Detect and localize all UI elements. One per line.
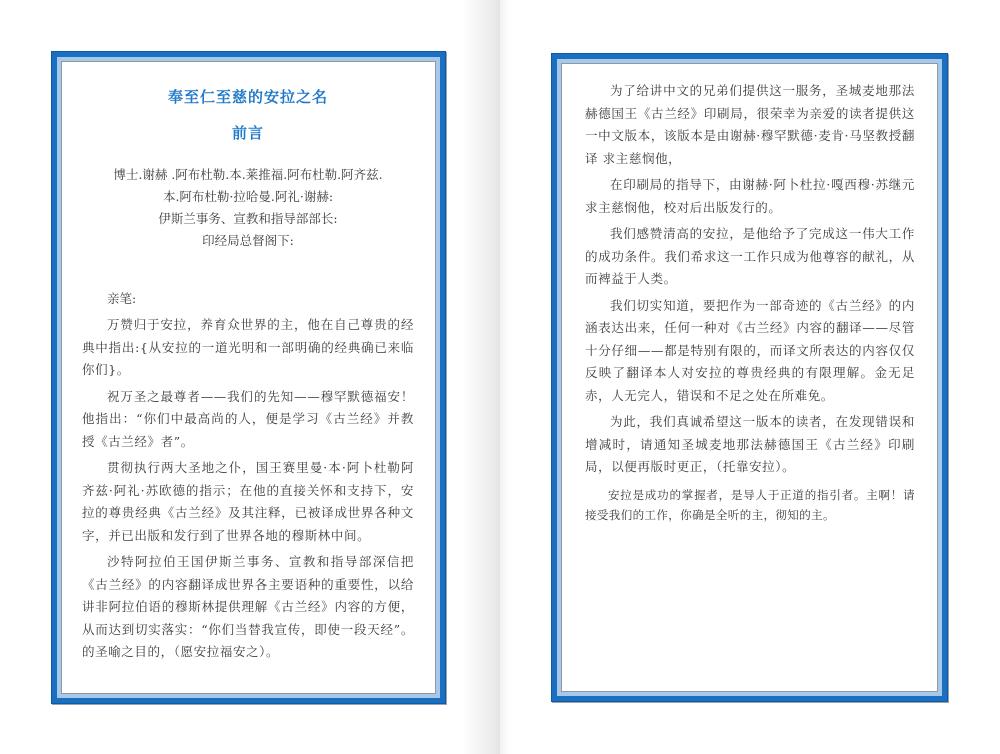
paragraph: 为此，我们真诚希望这一版本的读者，在发现错误和增减时，请通知圣城麦地那法赫德国王… bbox=[585, 411, 915, 479]
addressee-block: 博士.谢赫 .阿布杜勒.本.莱推福.阿布杜勒.阿齐兹. 本.阿布杜勒·拉哈曼.阿… bbox=[82, 164, 414, 252]
left-page-content: 奉至仁至慈的安拉之名 前言 博士.谢赫 .阿布杜勒.本.莱推福.阿布杜勒.阿齐兹… bbox=[82, 82, 414, 664]
book-gutter-shadow bbox=[462, 0, 500, 754]
address-line: 印经局总督阁下: bbox=[82, 230, 414, 252]
section-heading-preface: 前言 bbox=[82, 122, 414, 144]
paragraph: 万赞归于安拉，养育众世界的主，他在自己尊贵的经典中指出:{从安拉的一道光明和一部… bbox=[82, 314, 414, 382]
paragraph: 沙特阿拉伯王国伊斯兰事务、宣教和指导部深信把《古兰经》的内容翻译成世界各主要语种… bbox=[82, 551, 414, 664]
address-line: 博士.谢赫 .阿布杜勒.本.莱推福.阿布杜勒.阿齐兹. bbox=[82, 164, 414, 186]
paragraph: 贯彻执行两大圣地之仆，国王赛里曼·本·阿卜杜勒阿齐兹·阿礼·苏欧德的指示；在他的… bbox=[82, 457, 414, 547]
book-gutter-shadow-right bbox=[500, 0, 510, 754]
address-line: 伊斯兰事务、宣教和指导部部长: bbox=[82, 208, 414, 230]
paragraph: 祝万圣之最尊者——我们的先知——穆罕默德福安！他指出：“你们中最高尚的人，便是学… bbox=[82, 386, 414, 454]
paragraph: 我们感赞清高的安拉，是他给予了完成这一伟大工作的成功条件。我们希求这一工作只成为… bbox=[585, 223, 915, 291]
right-page-content: 为了给讲中文的兄弟们提供这一服务，圣城麦地那法赫德国王《古兰经》印刷局，很荣幸为… bbox=[585, 80, 915, 525]
paragraph: 我们切实知道，要把作为一部奇迹的《古兰经》的内涵表达出来，任何一种对《古兰经》内… bbox=[585, 295, 915, 408]
paragraph: 为了给讲中文的兄弟们提供这一服务，圣城麦地那法赫德国王《古兰经》印刷局，很荣幸为… bbox=[585, 80, 915, 170]
paragraph: 在印刷局的指导下，由谢赫·阿卜杜拉·嘎西穆·苏继元 求主慈悯他，校对后出版发行的… bbox=[585, 174, 915, 219]
closing-prayer: 安拉是成功的掌握者，是导人于正道的指引者。主啊！请接受我们的工作，你确是全听的主… bbox=[585, 485, 915, 525]
address-line: 本.阿布杜勒·拉哈曼.阿礼·谢赫: bbox=[82, 186, 414, 208]
page-title: 奉至仁至慈的安拉之名 bbox=[82, 86, 414, 108]
salutation: 亲笔: bbox=[82, 288, 414, 310]
